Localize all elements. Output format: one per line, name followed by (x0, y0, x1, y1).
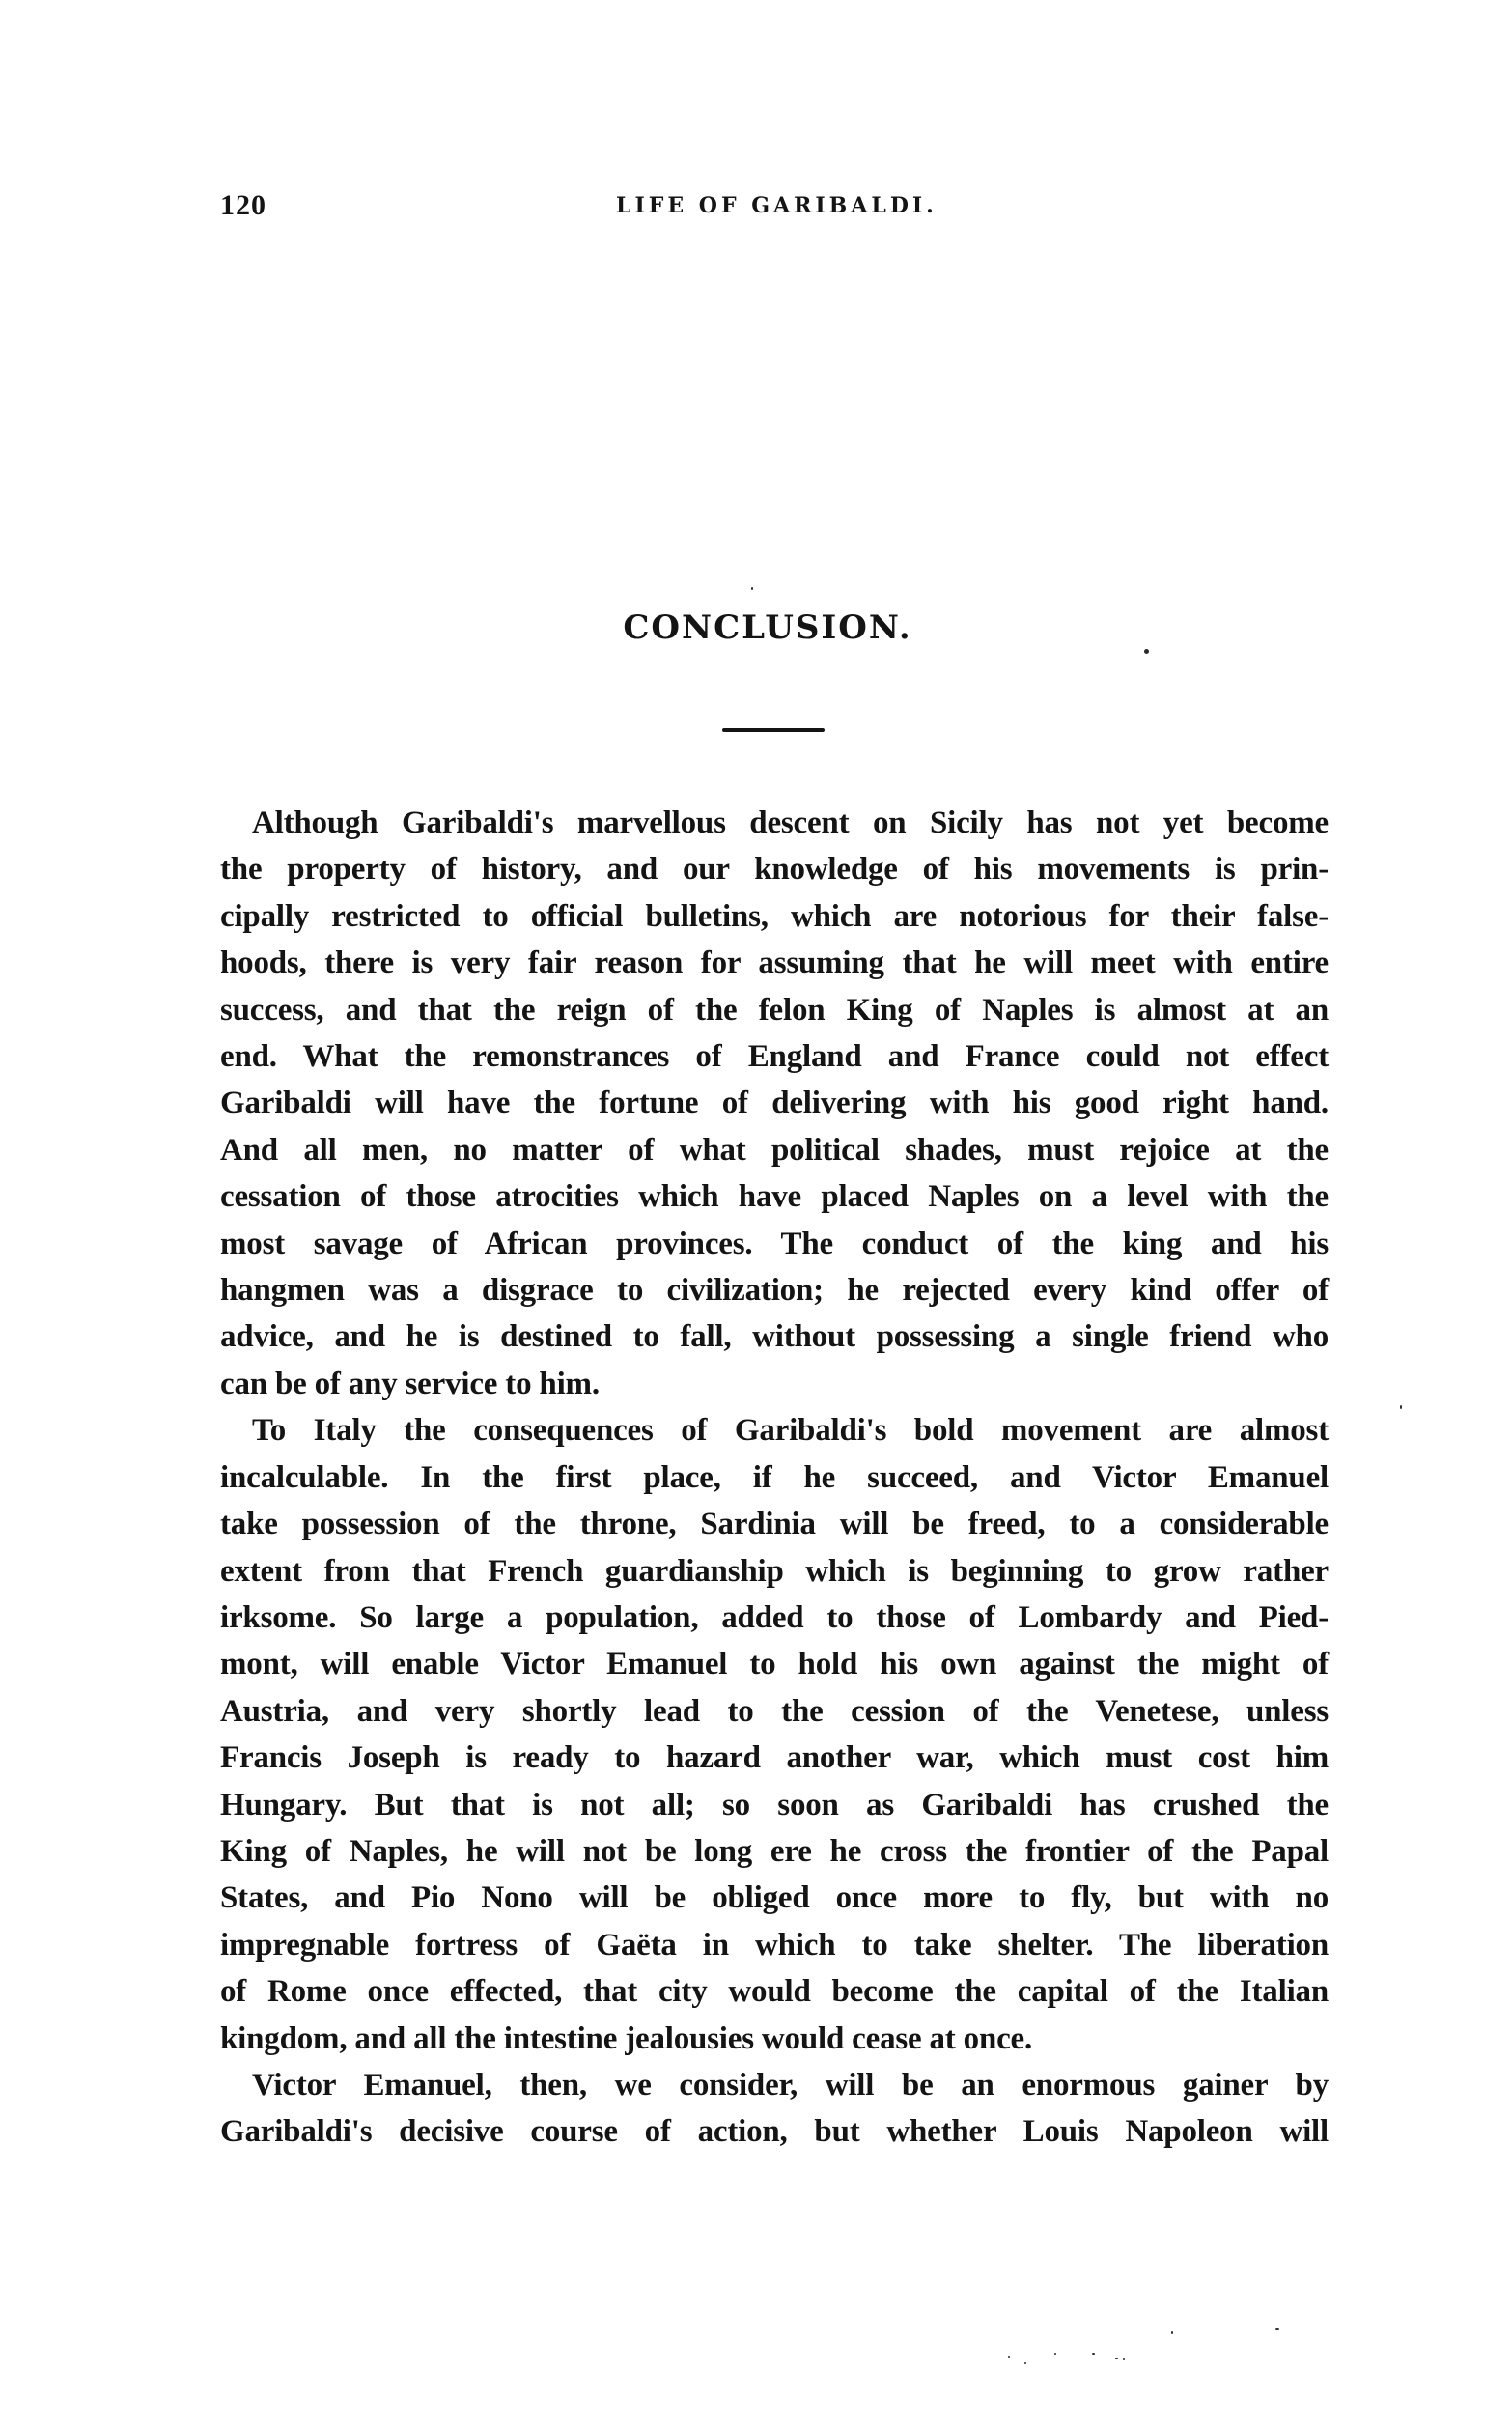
text-line: Francis Joseph is ready to hazard anothe… (220, 1735, 1329, 1781)
text-line: Austria, and very shortly lead to the ce… (220, 1688, 1329, 1735)
scan-speck (1092, 2353, 1095, 2355)
text-line: of Rome once effected, that city would b… (220, 1968, 1329, 2015)
scan-speck (1144, 649, 1149, 654)
text-line: extent from that French guardianship whi… (220, 1548, 1329, 1595)
paragraph-3: Victor Emanuel, then, we consider, will … (220, 2062, 1329, 2156)
text-line: irksome. So large a population, added to… (220, 1595, 1329, 1641)
text-line: Hungary. But that is not all; so soon as… (220, 1782, 1329, 1828)
text-line: And all men, no matter of what political… (220, 1127, 1329, 1173)
scan-speck (1275, 2328, 1279, 2330)
scan-speck (1115, 2358, 1118, 2359)
text-line: advice, and he is destined to fall, with… (220, 1313, 1329, 1360)
text-line: King of Naples, he will not be long ere … (220, 1828, 1329, 1875)
text-line: mont, will enable Victor Emanuel to hold… (220, 1641, 1329, 1687)
text-line: success, and that the reign of the felon… (220, 987, 1329, 1033)
text-line: Although Garibaldi's marvellous descent … (220, 800, 1329, 846)
title-rule-divider (722, 728, 825, 732)
body-text: Although Garibaldi's marvellous descent … (220, 800, 1329, 2156)
text-line: cipally restricted to official bulletins… (220, 893, 1329, 940)
text-line: States, and Pio Nono will be obliged onc… (220, 1875, 1329, 1921)
page-number: 120 (220, 189, 266, 222)
scan-speck (1123, 2358, 1125, 2360)
text-line: To Italy the consequences of Garibaldi's… (220, 1407, 1329, 1454)
text-line: kingdom, and all the intestine jealousie… (220, 2016, 1329, 2062)
paragraph-2: To Italy the consequences of Garibaldi's… (220, 1407, 1329, 2062)
running-head: 120 LIFE OF GARIBALDI. (220, 189, 1329, 228)
chapter-title: CONCLUSION. (0, 608, 1512, 647)
book-page: 120 LIFE OF GARIBALDI. CONCLUSION. Altho… (0, 0, 1512, 2429)
scan-speck (751, 587, 753, 590)
text-line: end. What the remonstrances of England a… (220, 1033, 1329, 1080)
scan-speck (1008, 2356, 1010, 2358)
scan-speck (1054, 2353, 1056, 2355)
running-title: LIFE OF GARIBALDI. (616, 193, 938, 218)
text-line: hoods, there is very fair reason for ass… (220, 940, 1329, 986)
text-line: most savage of African provinces. The co… (220, 1221, 1329, 1267)
scan-speck (1024, 2362, 1026, 2364)
text-line: Victor Emanuel, then, we consider, will … (220, 2062, 1329, 2108)
text-line: Garibaldi's decisive course of action, b… (220, 2108, 1329, 2155)
text-line: incalculable. In the first place, if he … (220, 1455, 1329, 1501)
scan-speck (1400, 1405, 1402, 1409)
text-line: impregnable fortress of Gaëta in which t… (220, 1922, 1329, 1968)
text-line: take possession of the throne, Sardinia … (220, 1501, 1329, 1547)
text-line: can be of any service to him. (220, 1361, 1329, 1407)
text-line: hangmen was a disgrace to civilization; … (220, 1267, 1329, 1313)
text-line: the property of history, and our knowled… (220, 846, 1329, 892)
text-line: Garibaldi will have the fortune of deliv… (220, 1080, 1329, 1126)
paragraph-1: Although Garibaldi's marvellous descent … (220, 800, 1329, 1407)
scan-speck (1171, 2331, 1173, 2334)
text-line: cessation of those atrocities which have… (220, 1173, 1329, 1220)
